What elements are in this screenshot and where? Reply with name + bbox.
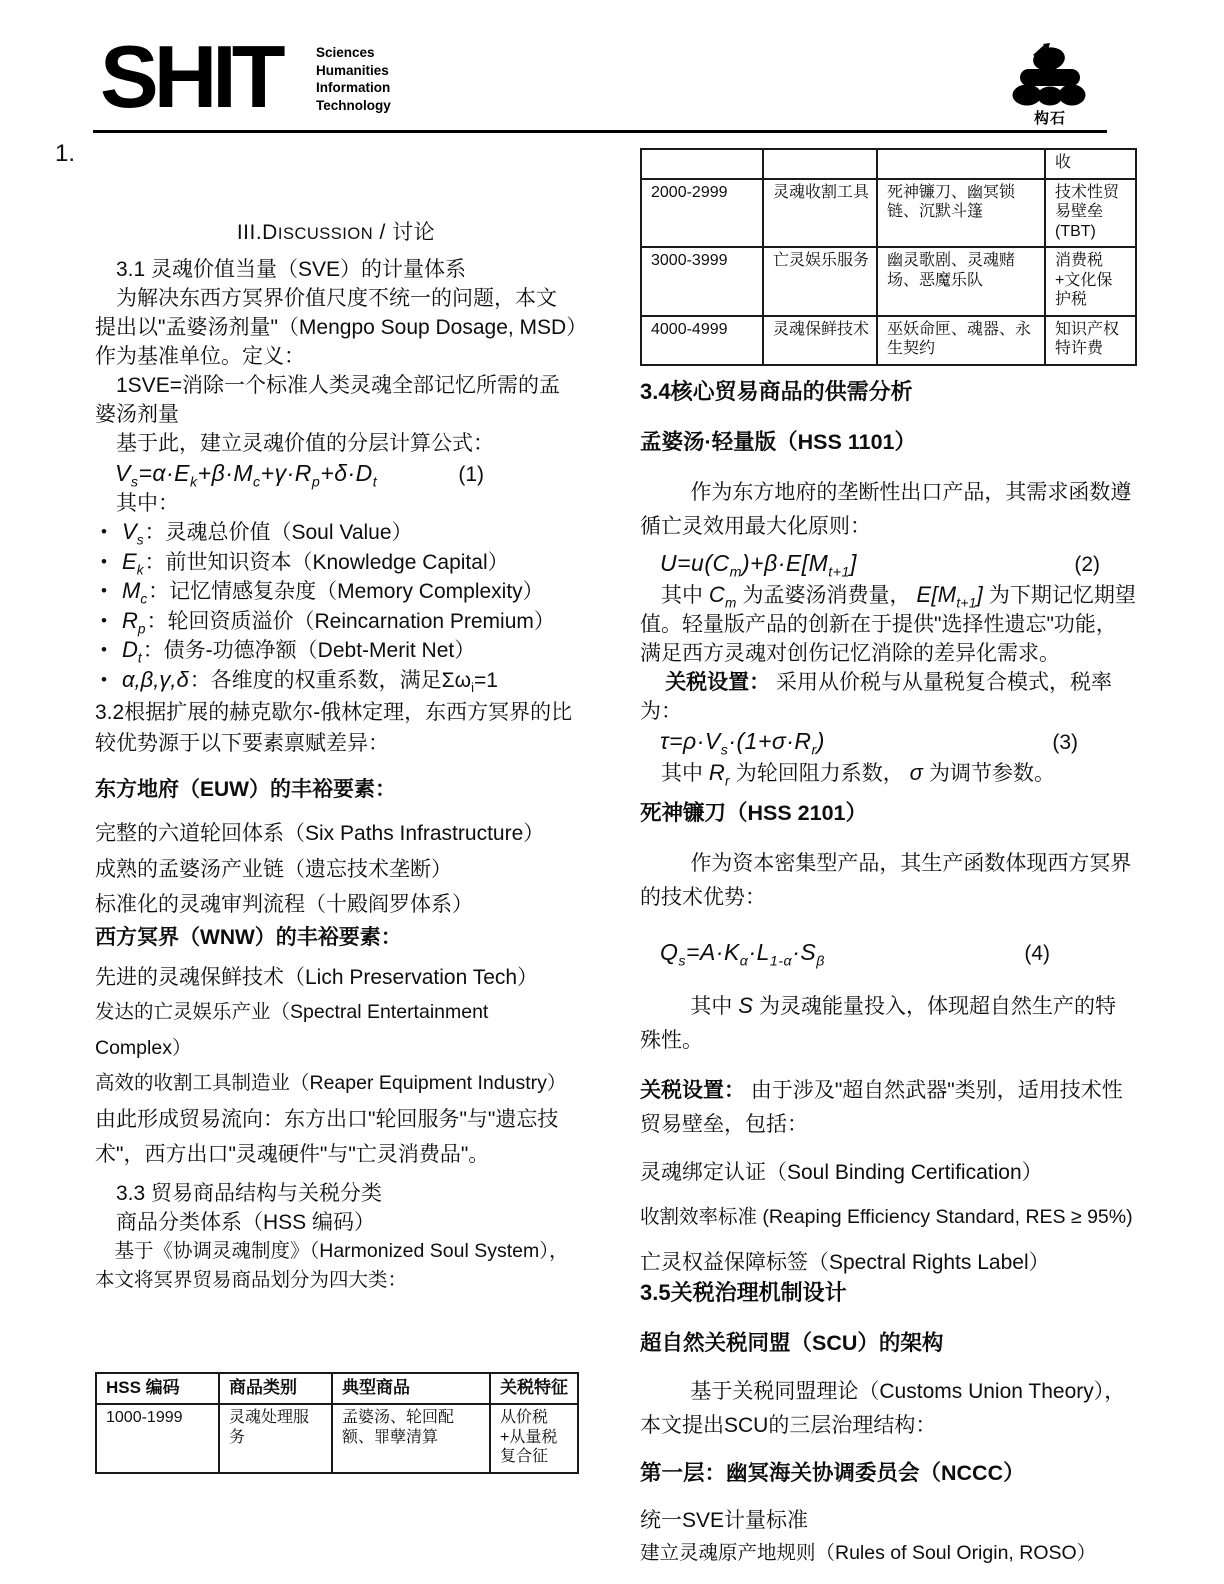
certification-item: 亡灵权益保障标签（Spectral Rights Label） <box>640 1248 1136 1277</box>
equation-number: (1) <box>458 460 484 489</box>
paragraph-3-2: 3.2根据扩展的赫克歇尔-俄林定理，东西方冥界的比较优势源于以下要素禀赋差异： <box>95 697 577 759</box>
mengpo-soup-heading: 孟婆汤·轻量版（HSS 1101） <box>640 428 1136 456</box>
equation-3: τ=ρ·Vs·(1+σ·Rr) (3) <box>640 726 1136 758</box>
cell-hss-code: 2000-2999 <box>641 179 763 248</box>
paragraph: 其中 Rr 为轮回阻力系数， σ 为调节参数。 <box>640 758 1136 788</box>
publisher-brand: 构石 <box>1002 42 1098 128</box>
table-row: 1000-1999 灵魂处理服务 孟婆汤、轮回配额、罪孽清算 从价税+从量税复合… <box>96 1404 578 1473</box>
tariff-setting-paragraph: 关税设置： 由于涉及"超自然武器"类别，适用技术性贸易壁垒，包括： <box>640 1074 1136 1142</box>
paragraph: 商品分类体系（HSS 编码） <box>95 1208 577 1237</box>
page-number: 1. <box>55 140 75 168</box>
journal-tagline: Sciences Humanities Information Technolo… <box>316 44 391 114</box>
equation-number: (4) <box>1024 939 1050 969</box>
sve-definition: 1SVE=消除一个标准人类灵魂全部记忆所需的孟婆汤剂量 <box>95 371 577 429</box>
item-text: ：记忆情感复杂度（Memory Complexity） <box>148 580 544 603</box>
table-carryover-row: 收 <box>641 149 1136 179</box>
east-item: 成熟的孟婆汤产业链（遗忘技术垄断） <box>95 852 577 888</box>
hss-table-left: HSS 编码 商品类别 典型商品 关税特征 1000-1999 灵魂处理服务 孟… <box>95 1372 579 1474</box>
heading-smallcaps: ISCUSSION <box>278 225 373 243</box>
math-var: E[Mt+1] <box>916 582 983 607</box>
text-run: 为轮回阻力系数， <box>730 762 910 785</box>
journal-logo: SHIT <box>100 34 280 120</box>
cell-category: 亡灵娱乐服务 <box>763 247 877 316</box>
math-var: Ek <box>122 549 144 574</box>
paragraph: 其中 Cm 为孟婆汤消费量， E[Mt+1] 为下期记忆期望值。轻量版产品的创新… <box>640 580 1136 668</box>
paragraph: 其中： <box>95 489 577 518</box>
cell-hss-code: 4000-4999 <box>641 316 763 365</box>
variable-definition-list: Vs：灵魂总价值（Soul Value） Ek：前世知识资本（Knowledge… <box>95 518 577 695</box>
math-var: Cm <box>709 582 737 607</box>
table-row: 3000-3999 亡灵娱乐服务 幽灵歌剧、灵魂赌场、恶魔乐队 消费税+文化保护… <box>641 247 1136 316</box>
cell-carryover: 收 <box>1045 149 1136 179</box>
table-row: 4000-4999 灵魂保鲜技术 巫妖命匣、魂器、永生契约 知识产权特许费 <box>641 316 1136 365</box>
subsection-3-4-heading: 3.4核心贸易商品的供需分析 <box>640 378 1136 406</box>
east-underworld-heading: 东方地府（EUW）的丰裕要素： <box>95 775 577 804</box>
equation-1: Vs=α·Ek+β·Mc+γ·Rp+δ·Dt (1) <box>95 459 577 489</box>
paragraph: 作为资本密集型产品，其生产函数体现西方冥界的技术优势： <box>640 847 1136 915</box>
tariff-label: 关税设置： <box>640 1079 745 1102</box>
west-item: 先进的灵魂保鲜技术（Lich Preservation Tech） <box>95 960 577 996</box>
paper-page: SHIT Sciences Humanities Information Tec… <box>0 0 1224 1584</box>
tariff-label: 关税设置： <box>665 671 770 694</box>
tagline-line: Humanities <box>316 62 391 80</box>
cell-typical-goods: 巫妖命匣、魂器、永生契约 <box>877 316 1045 365</box>
reaper-scythe-heading: 死神镰刀（HSS 2101） <box>640 799 1136 827</box>
item-text: ：灵魂总价值（Soul Value） <box>145 521 413 544</box>
west-item: 发达的亡灵娱乐产业（Spectral Entertainment Complex… <box>95 995 577 1066</box>
math-var: Mc <box>122 578 147 603</box>
subsection-3-1-title: 3.1 灵魂价值当量（SVE）的计量体系 <box>95 255 577 284</box>
cell-tariff-feature: 消费税+文化保护税 <box>1045 247 1136 316</box>
left-column: III.DISCUSSION / 讨论 3.1 灵魂价值当量（SVE）的计量体系… <box>95 218 577 1295</box>
equation-formula: Qs=A·Kα·L1-α·Sβ <box>660 937 825 967</box>
layer1-heading: 第一层：幽冥海关协调委员会（NCCC） <box>640 1459 1136 1487</box>
cell-typical-goods: 死神镰刀、幽冥锁链、沉默斗篷 <box>877 179 1045 248</box>
column-header: 关税特征 <box>490 1373 578 1404</box>
cell-category: 灵魂收割工具 <box>763 179 877 248</box>
column-header: 商品类别 <box>219 1373 332 1404</box>
item-text: ：轮回资质溢价（Reincarnation Premium） <box>146 610 554 633</box>
certification-item: 收割效率标准 (Reaping Efficiency Standard, RES… <box>640 1203 1136 1232</box>
equation-number: (3) <box>1052 728 1078 758</box>
list-item: Dt：债务-功德净额（Debt-Merit Net） <box>95 636 577 666</box>
brand-label: 构石 <box>1002 107 1098 128</box>
paragraph: 为解决东西方冥界价值尺度不统一的问题，本文提出以"孟婆汤剂量"（Mengpo S… <box>95 284 577 371</box>
column-header: 典型商品 <box>332 1373 490 1404</box>
item-text: ：各维度的权重系数，满足Σωi=1 <box>190 669 498 692</box>
list-item: Ek：前世知识资本（Knowledge Capital） <box>95 548 577 578</box>
tagline-line: Technology <box>316 97 391 115</box>
section-heading-discussion: III.DISCUSSION / 讨论 <box>95 218 577 249</box>
item-text: ：债务-功德净额（Debt-Merit Net） <box>143 639 476 662</box>
paragraph: 基于关税同盟理论（Customs Union Theory），本文提出SCU的三… <box>640 1375 1136 1443</box>
hss-table-left-wrap: HSS 编码 商品类别 典型商品 关税特征 1000-1999 灵魂处理服务 孟… <box>95 1372 577 1474</box>
list-item: Rp：轮回资质溢价（Reincarnation Premium） <box>95 607 577 637</box>
cell-tariff-feature: 技术性贸易壁垒(TBT) <box>1045 179 1136 248</box>
cell-category: 灵魂保鲜技术 <box>763 316 877 365</box>
cell-typical-goods: 孟婆汤、轮回配额、罪孽清算 <box>332 1404 490 1473</box>
cell-tariff-feature: 从价税+从量税复合征 <box>490 1404 578 1473</box>
item-text: ：前世知识资本（Knowledge Capital） <box>145 551 509 574</box>
tariff-setting-paragraph: 关税设置： 采用从价税与从量税复合模式，税率为： <box>640 668 1136 726</box>
table-header-row: HSS 编码 商品类别 典型商品 关税特征 <box>96 1373 578 1404</box>
cell-tariff-feature: 知识产权特许费 <box>1045 316 1136 365</box>
cell-empty <box>763 149 877 179</box>
equation-number: (2) <box>1074 550 1100 580</box>
paragraph: 基于《协调灵魂制度》（Harmonized Soul System），本文将冥界… <box>95 1237 577 1295</box>
equation-formula: Vs=α·Ek+β·Mc+γ·Rp+δ·Dt <box>115 459 377 488</box>
hss-table-right: 收 2000-2999 灵魂收割工具 死神镰刀、幽冥锁链、沉默斗篷 技术性贸易壁… <box>640 148 1137 366</box>
cell-category: 灵魂处理服务 <box>219 1404 332 1473</box>
layer1-item: 建立灵魂原产地规则（Rules of Soul Origin, ROSO） <box>640 1538 1136 1569</box>
certification-item: 灵魂绑定认证（Soul Binding Certification） <box>640 1158 1136 1187</box>
column-header: HSS 编码 <box>96 1373 219 1404</box>
cell-empty <box>641 149 763 179</box>
east-item: 标准化的灵魂审判流程（十殿阎罗体系） <box>95 887 577 923</box>
math-var: S <box>738 993 753 1018</box>
equation-formula: τ=ρ·Vs·(1+σ·Rr) <box>660 726 825 756</box>
subsection-3-5-heading: 3.5关税治理机制设计 <box>640 1279 1136 1307</box>
paragraph: 其中 S 为灵魂能量投入，体现超自然生产的特殊性。 <box>640 989 1136 1058</box>
text-run: 为调节参数。 <box>923 762 1055 785</box>
text-run: 其中 <box>661 762 709 785</box>
header-rule <box>93 130 1107 133</box>
paragraph: 基于此，建立灵魂价值的分层计算公式： <box>95 429 577 458</box>
equation-4: Qs=A·Kα·L1-α·Sβ (4) <box>640 937 1136 969</box>
cell-hss-code: 1000-1999 <box>96 1404 219 1473</box>
cell-empty <box>877 149 1045 179</box>
cell-hss-code: 3000-3999 <box>641 247 763 316</box>
math-var: Vs <box>122 519 144 544</box>
text-run: 为孟婆汤消费量， <box>737 584 917 607</box>
scu-heading: 超自然关税同盟（SCU）的架构 <box>640 1329 1136 1357</box>
text-run: 其中 <box>690 995 738 1018</box>
layer1-item: 统一SVE计量标准 <box>640 1505 1136 1536</box>
heading-prefix: III.D <box>237 221 278 244</box>
right-column: 收 2000-2999 灵魂收割工具 死神镰刀、幽冥锁链、沉默斗篷 技术性贸易壁… <box>640 148 1136 1569</box>
tagline-line: Information <box>316 79 391 97</box>
list-item: Vs：灵魂总价值（Soul Value） <box>95 518 577 548</box>
west-item: 高效的收割工具制造业（Reaper Equipment Industry） <box>95 1066 577 1102</box>
table-row: 2000-2999 灵魂收割工具 死神镰刀、幽冥锁链、沉默斗篷 技术性贸易壁垒(… <box>641 179 1136 248</box>
math-var: Dt <box>122 637 142 662</box>
math-var: α,β,γ,δ <box>122 667 189 692</box>
cell-typical-goods: 幽灵歌剧、灵魂赌场、恶魔乐队 <box>877 247 1045 316</box>
subsection-3-3-title: 3.3 贸易商品结构与关税分类 <box>95 1179 577 1208</box>
list-item: α,β,γ,δ：各维度的权重系数，满足Σωi=1 <box>95 666 577 696</box>
trade-flow-paragraph: 由此形成贸易流向：东方出口"轮回服务"与"遗忘技术"，西方出口"灵魂硬件"与"亡… <box>95 1102 577 1173</box>
equation-formula: U=u(Cm)+β·E[Mt+1] <box>660 548 857 578</box>
paragraph: 作为东方地府的垄断性出口产品，其需求函数遵循亡灵效用最大化原则： <box>640 476 1136 544</box>
tagline-line: Sciences <box>316 44 391 62</box>
equation-2: U=u(Cm)+β·E[Mt+1] (2) <box>640 548 1136 580</box>
east-item: 完整的六道轮回体系（Six Paths Infrastructure） <box>95 816 577 852</box>
west-netherworld-heading: 西方冥界（WNW）的丰裕要素： <box>95 923 577 952</box>
math-var: Rr <box>709 760 730 785</box>
text-run: 其中 <box>661 584 709 607</box>
cairn-icon <box>1010 42 1090 106</box>
math-var: σ <box>910 760 924 785</box>
math-var: Rp <box>122 608 145 633</box>
list-item: Mc：记忆情感复杂度（Memory Complexity） <box>95 577 577 607</box>
heading-suffix: / 讨论 <box>373 221 435 244</box>
